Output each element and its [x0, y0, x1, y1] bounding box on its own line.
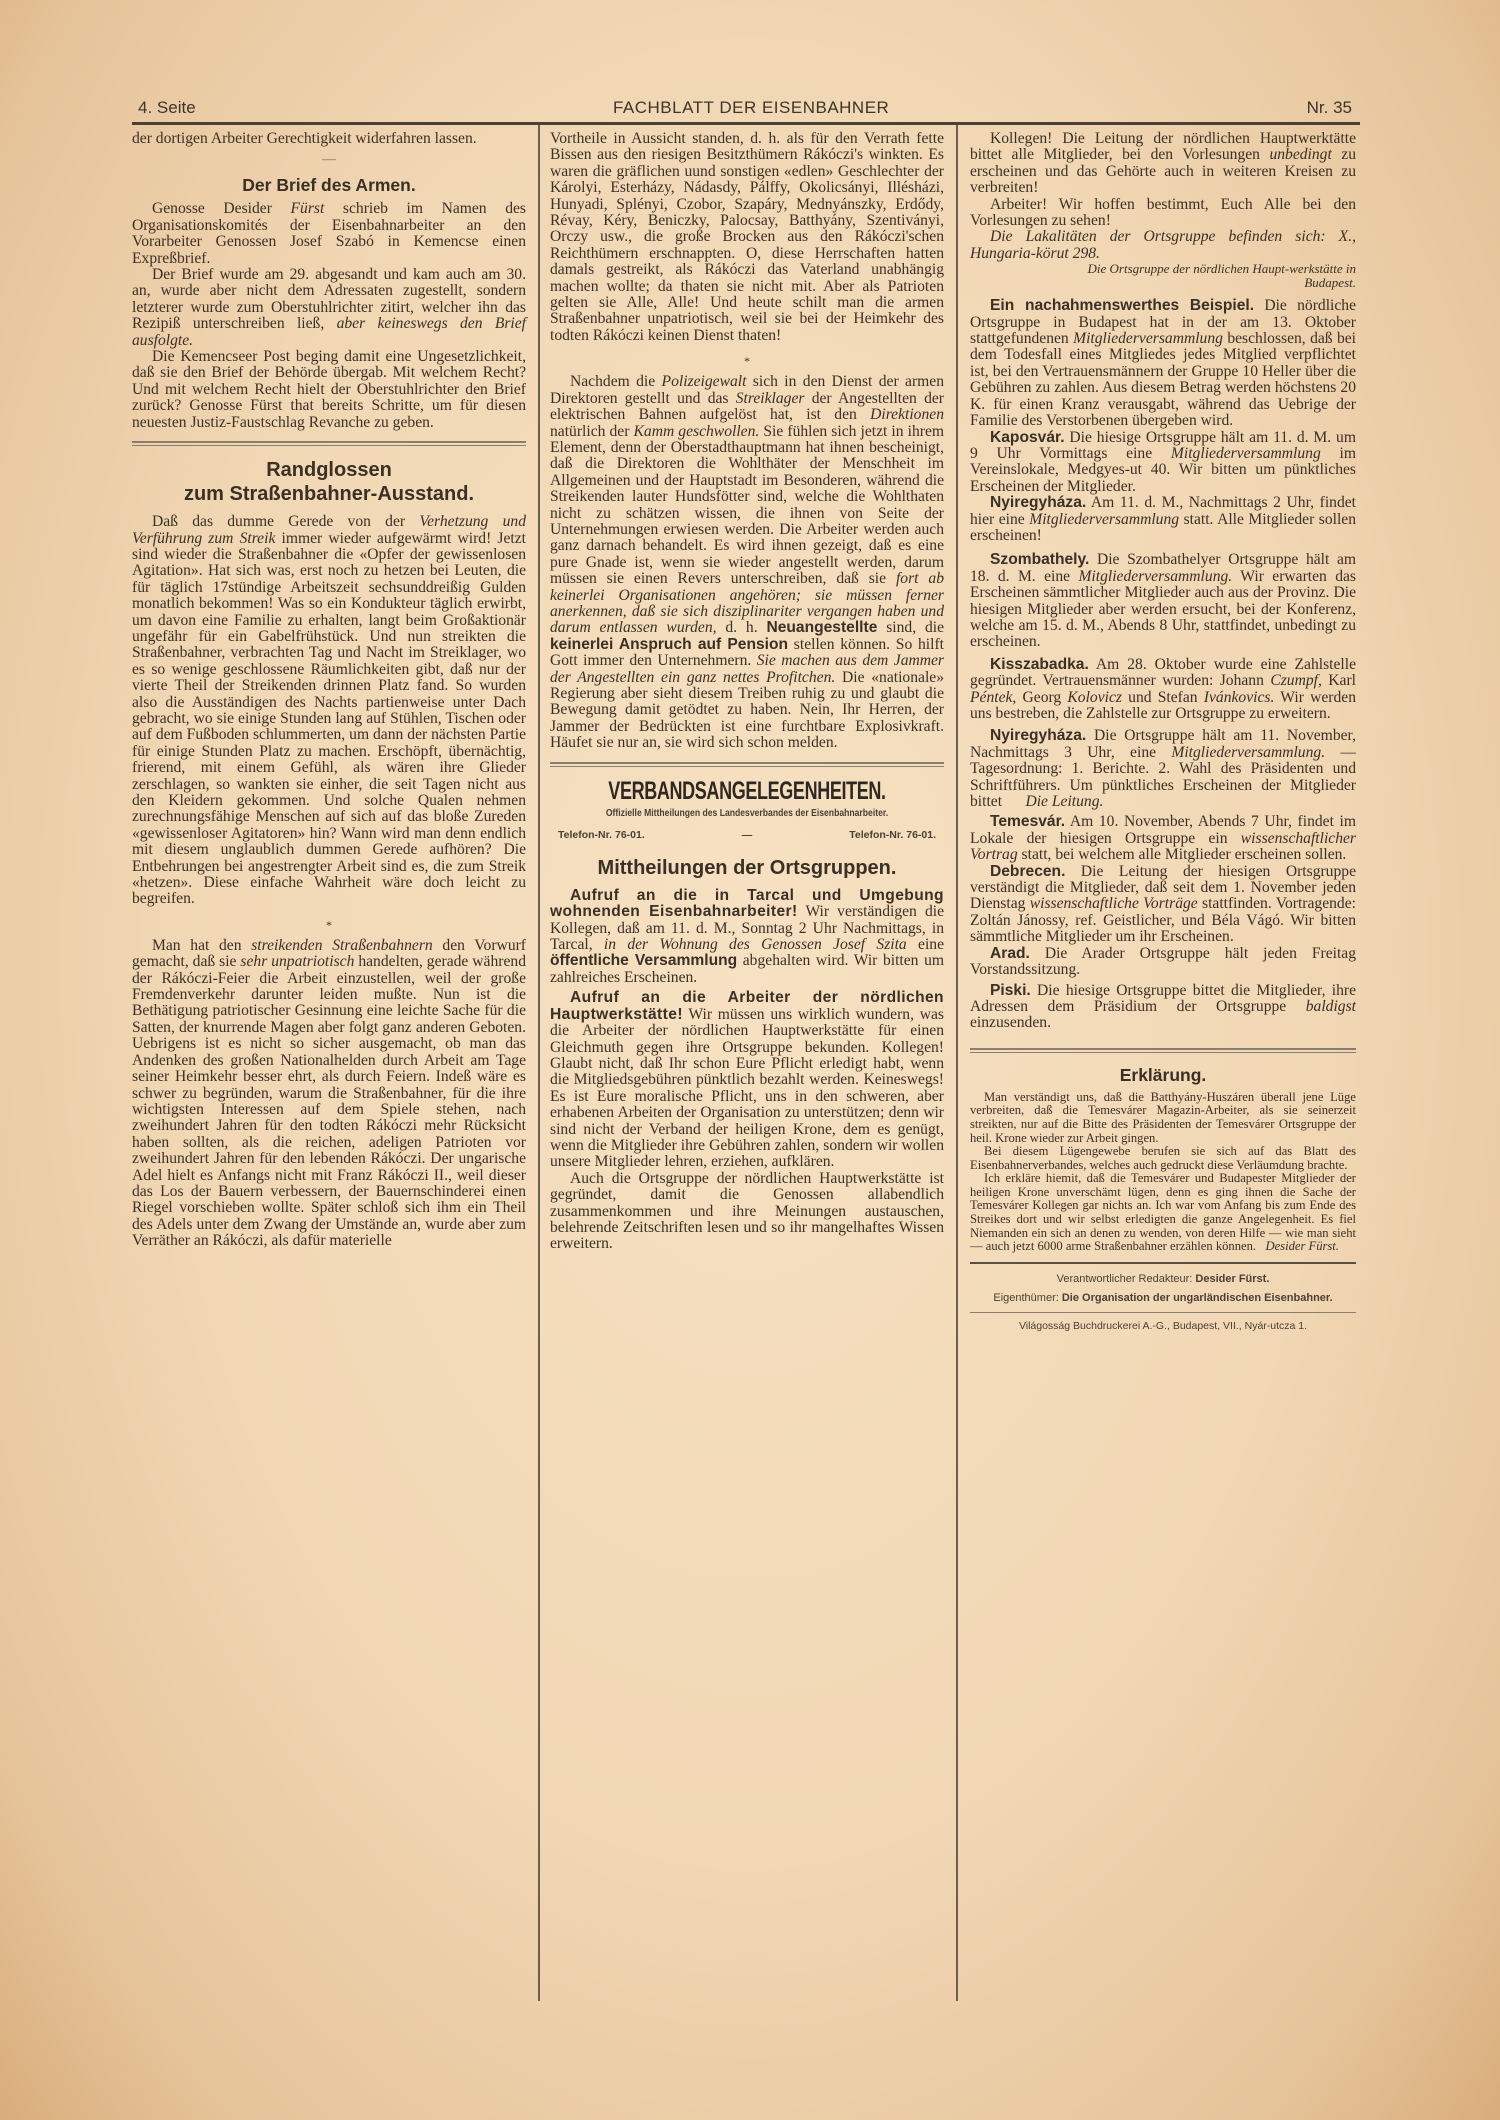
intro-text: der dortigen Arbeiter Gerechtigkeit wide… — [132, 131, 526, 147]
section-rule — [970, 1048, 1356, 1053]
telephone-right: Telefon-Nr. 76-01. — [849, 827, 936, 843]
brief-paragraph-3: Die Kemencseer Post beging damit eine Un… — [132, 349, 526, 431]
page-number: 4. Seite — [138, 98, 196, 118]
divider-dash: — — [132, 153, 526, 167]
telephone-line: Telefon-Nr. 76-01. — Telefon-Nr. 76-01. — [550, 827, 944, 843]
beispiel-paragraph: Ein nachahmenswerthes Beispiel. Die nörd… — [970, 298, 1356, 429]
mitteilungen-title: Mittheilungen der Ortsgruppen. — [550, 856, 944, 880]
piski-notice: Piski. Die hiesige Ortsgruppe bittet die… — [970, 983, 1356, 1032]
article-title-randglossen: Randglossenzum Straßenbahner-Ausstand. — [132, 458, 526, 506]
szombathely-notice: Szombathely. Die Szombathelyer Ortsgrupp… — [970, 552, 1356, 650]
arad-notice: Arad. Die Arader Ortsgruppe hält jeden F… — [970, 946, 1356, 979]
kaposvar-notice: Kaposvár. Die hiesige Ortsgruppe hält am… — [970, 430, 1356, 496]
nyiregyhaza-notice-1: Nyiregyháza. Am 11. d. M., Nachmittags 2… — [970, 495, 1356, 544]
editor-line: Verantwortlicher Redakteur: Desider Fürs… — [970, 1272, 1356, 1287]
aufruf-hauptwerkstaette: Aufruf an die Arbeiter der nördlichen Ha… — [550, 990, 944, 1170]
telephone-separator: — — [742, 827, 753, 843]
lokalitaeten-paragraph: Die Lakalitäten der Ortsgruppe befinden … — [970, 229, 1356, 262]
aufruf-tarcal: Aufruf an die in Tarcal und Umgebung woh… — [550, 888, 944, 986]
kollegen-paragraph: Kollegen! Die Leitung der nördlichen Hau… — [970, 131, 1356, 197]
section-rule — [550, 762, 944, 767]
section-rule — [132, 441, 526, 446]
article-title-brief: Der Brief des Armen. — [132, 175, 526, 195]
column-1: der dortigen Arbeiter Gerechtigkeit wide… — [132, 125, 538, 2001]
temesvar-notice: Temesvár. Am 10. November, Abends 7 Uhr,… — [970, 814, 1356, 863]
publication-title: FACHBLATT DER EISENBAHNER — [613, 98, 889, 118]
newspaper-page: 4. Seite FACHBLATT DER EISENBAHNER Nr. 3… — [132, 94, 1360, 2001]
erklaerung-paragraph-2: Bei diesem Lügengewebe berufen sie sich … — [970, 1145, 1356, 1172]
randglossen-paragraph-2: Man hat den streikenden Straßenbahnern d… — [132, 938, 526, 1250]
columns: der dortigen Arbeiter Gerechtigkeit wide… — [132, 125, 1360, 2001]
column-3: Kollegen! Die Leitung der nördlichen Hau… — [956, 125, 1356, 2001]
erklaerung-paragraph-1: Man verständigt uns, daß die Batthyány-H… — [970, 1091, 1356, 1145]
imprint: Verantwortlicher Redakteur: Desider Fürs… — [970, 1272, 1356, 1306]
arbeiter-paragraph: Arbeiter! Wir hoffen bestimmt, Euch Alle… — [970, 197, 1356, 230]
ortsgruppe-signature: Die Ortsgruppe der nördlichen Haupt-werk… — [970, 262, 1356, 290]
erklaerung-paragraph-3: Ich erkläre hiemit, daß die Temesvárer u… — [970, 1172, 1356, 1254]
randglossen-continued: Vortheile in Aussicht standen, d. h. als… — [550, 131, 944, 344]
owner-line: Eigenthümer: Die Organisation der ungarl… — [970, 1291, 1356, 1306]
randglossen-paragraph-1: Daß das dumme Gerede von der Verhetzung … — [132, 514, 526, 908]
kisszabadka-notice: Kisszabadka. Am 28. Oktober wurde eine Z… — [970, 657, 1356, 723]
verband-heading: VERBANDSANGELEGENHEITEN. — [605, 783, 889, 799]
printer-rule — [970, 1312, 1356, 1313]
debrecen-notice: Debrecen. Die Leitung der hiesigen Ortsg… — [970, 864, 1356, 946]
asterisk-separator: * — [132, 918, 526, 932]
erklaerung-signature: Desider Fürst. — [1266, 1239, 1339, 1253]
erklaerung-body: Man verständigt uns, daß die Batthyány-H… — [970, 1091, 1356, 1254]
page-header: 4. Seite FACHBLATT DER EISENBAHNER Nr. 3… — [132, 94, 1360, 125]
nyiregyhaza-notice-2: Nyiregyháza. Die Ortsgruppe hält am 11. … — [970, 728, 1356, 810]
telephone-left: Telefon-Nr. 76-01. — [558, 827, 645, 843]
polizei-paragraph: Nachdem die Polizeigewalt sich in den Di… — [550, 374, 944, 751]
brief-paragraph-2: Der Brief wurde am 29. abgesandt und kam… — [132, 267, 526, 349]
imprint-rule — [970, 1262, 1356, 1264]
verband-subtitle: Offizielle Mittheilungen des Landesverba… — [585, 805, 908, 821]
ortsgruppe-paragraph: Auch die Ortsgruppe der nördlichen Haupt… — [550, 1171, 944, 1253]
issue-number: Nr. 35 — [1307, 98, 1352, 118]
erklaerung-title: Erklärung. — [970, 1065, 1356, 1085]
column-2: Vortheile in Aussicht standen, d. h. als… — [538, 125, 956, 2001]
printer-line: Világosság Buchdruckerei A.-G., Budapest… — [970, 1319, 1356, 1334]
brief-paragraph-1: Genosse Desider Fürst schrieb im Namen d… — [132, 201, 526, 267]
asterisk-separator: * — [550, 354, 944, 368]
